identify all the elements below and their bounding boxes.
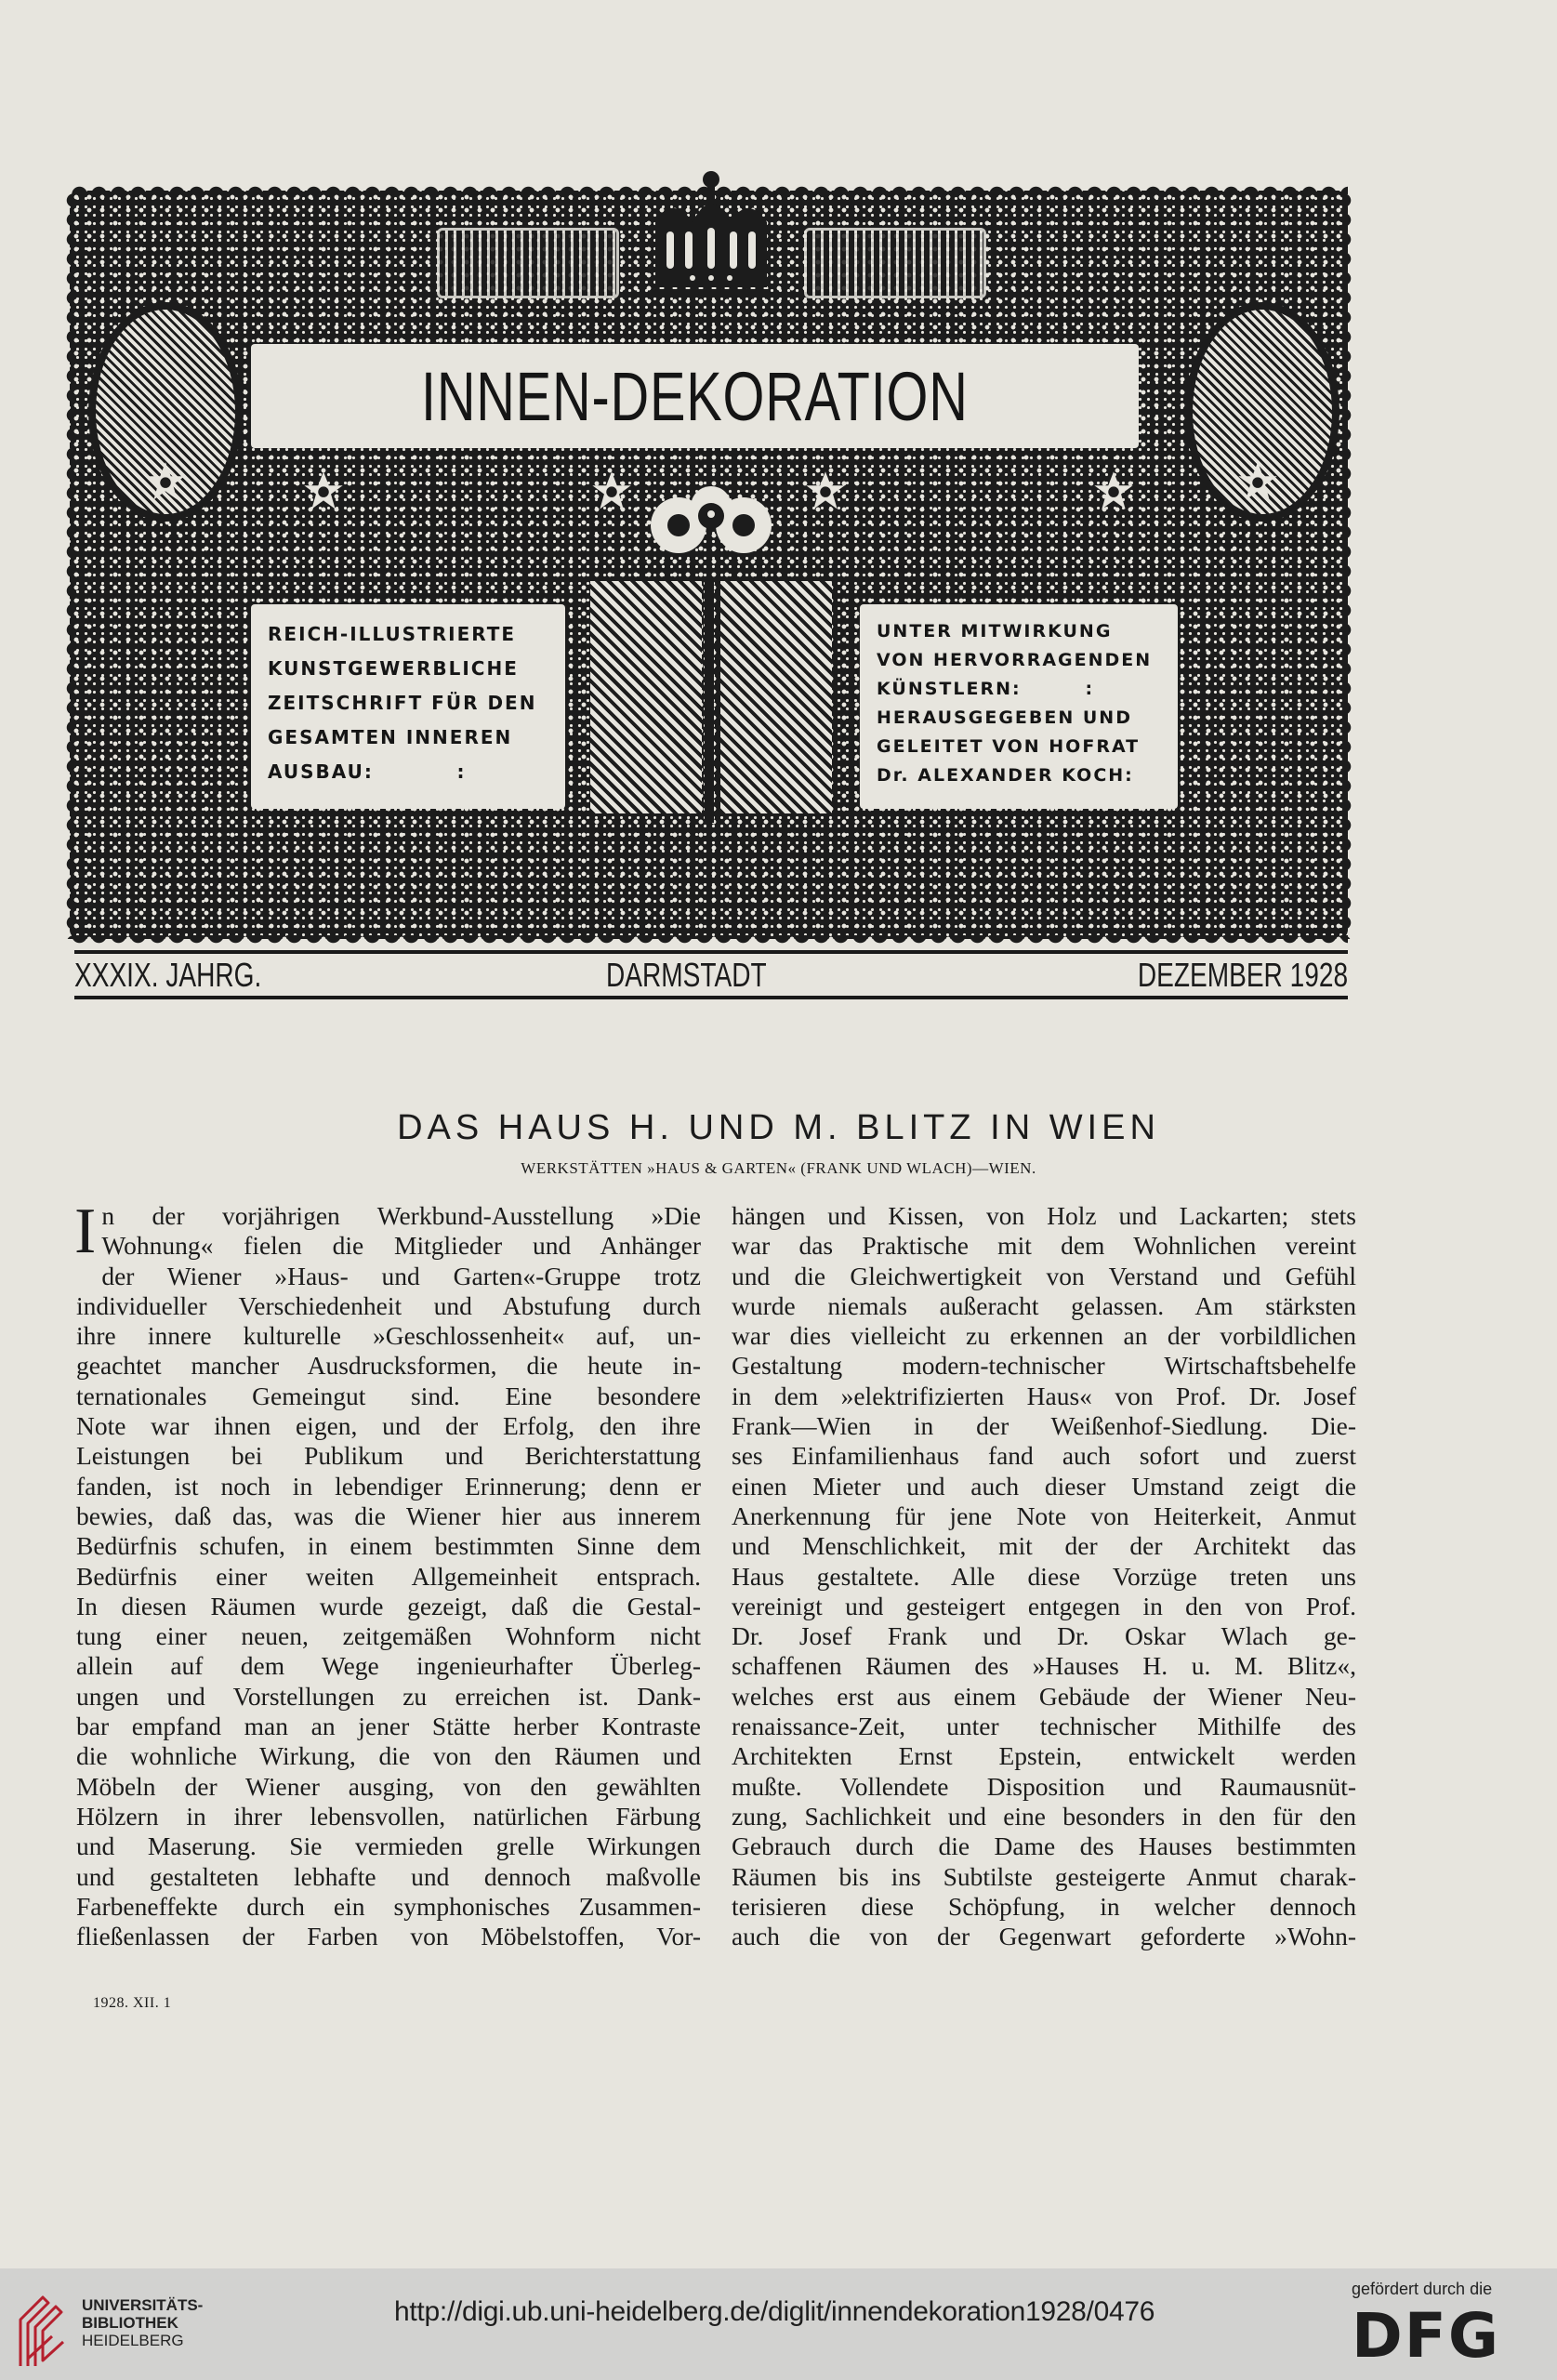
text-line: ungen und Vorstellungen zu erreichen ist… bbox=[76, 1682, 701, 1712]
issue-date: DEZEMBER 1928 bbox=[1138, 956, 1348, 995]
text-line: allein auf dem Wege ingenieurhafter Über… bbox=[76, 1651, 701, 1681]
text-line: Frank—Wien in der Weißenhof-Siedlung. Di… bbox=[732, 1411, 1356, 1441]
text-column-right: hängen und Kissen, von Holz und Lackarte… bbox=[732, 1201, 1356, 1951]
text-line: fanden, ist noch in lebendiger Erinnerun… bbox=[76, 1472, 701, 1501]
funding-label: gefördert durch die bbox=[1352, 2280, 1492, 2299]
drop-cap: I bbox=[74, 1205, 96, 1263]
text-line: auch die von der Gegenwart geforderte »W… bbox=[732, 1922, 1356, 1951]
text-line: und Menschlichkeit, mit der der Architek… bbox=[732, 1531, 1356, 1561]
text-line: Architekten Ernst Epstein, entwickelt we… bbox=[732, 1741, 1356, 1771]
subtitle-line: GESAMTEN INNEREN bbox=[268, 721, 548, 755]
text-line: vereinigt und gesteigert entgegen in den… bbox=[732, 1592, 1356, 1621]
text-line: Dr. Josef Frank und Dr. Oskar Wlach ge- bbox=[732, 1621, 1356, 1651]
text-line: Farbeneffekte durch ein symphonisches Zu… bbox=[76, 1892, 701, 1922]
text-line: hängen und Kissen, von Holz und Lackarte… bbox=[732, 1201, 1356, 1231]
text-line: schaffenen Räumen des »Hauses H. u. M. B… bbox=[732, 1651, 1356, 1681]
masthead-editor-box: UNTER MITWIRKUNG VON HERVORRAGENDEN KÜNS… bbox=[860, 604, 1178, 809]
text-line: Bedürfnis schufen, in einem bestimmten S… bbox=[76, 1531, 701, 1561]
text-line: Note war ihnen eigen, und der Erfolg, de… bbox=[76, 1411, 701, 1441]
text-line: mußte. Vollendete Disposition und Raumau… bbox=[732, 1772, 1356, 1802]
text-line: wurde niemals außeracht gelassen. Am stä… bbox=[732, 1291, 1356, 1321]
text-line: Anerkennung für jene Note von Heiterkeit… bbox=[732, 1501, 1356, 1531]
text-line: und Maserung. Sie vermieden grelle Wirku… bbox=[76, 1831, 701, 1861]
text-line: ses Einfamilienhaus fand auch sofort und… bbox=[732, 1441, 1356, 1471]
star-ornament-icon bbox=[144, 460, 187, 503]
text-line: Haus gestaltete. Alle diese Vorzüge tret… bbox=[732, 1562, 1356, 1592]
header-rule-bottom bbox=[74, 996, 1348, 999]
masthead-subtitle-box: REICH-ILLUSTRIERTE KUNSTGEWERBLICHE ZEIT… bbox=[251, 604, 565, 809]
scalloped-edge-right bbox=[1344, 191, 1359, 939]
text-line: einen Mieter und auch dieser Umstand zei… bbox=[732, 1472, 1356, 1501]
text-line: In diesen Räumen wurde gezeigt, daß die … bbox=[76, 1592, 701, 1621]
lattice-panel-left bbox=[590, 581, 702, 813]
header-rule-top bbox=[74, 950, 1348, 954]
text-line: die wohnliche Wirkung, die von den Räume… bbox=[76, 1741, 701, 1771]
star-ornament-icon bbox=[804, 469, 847, 512]
magazine-title: INNEN-DEKORATION bbox=[421, 357, 969, 436]
text-line: individueller Verschiedenheit und Abstuf… bbox=[76, 1291, 701, 1321]
subtitle-line: KUNSTGEWERBLICHE bbox=[268, 652, 548, 686]
text-line: tung einer neuen, zeitgemäßen Wohnform n… bbox=[76, 1621, 701, 1651]
text-column-left: I n der vorjährigen Werkbund-Ausstellung… bbox=[76, 1201, 701, 1951]
lattice-panel-right bbox=[720, 581, 832, 813]
text-line: ternationales Gemeingut sind. Eine beson… bbox=[76, 1382, 701, 1411]
editor-line: KÜNSTLERN: : bbox=[877, 675, 1161, 704]
article-title: DAS HAUS H. UND M. BLITZ IN WIEN bbox=[0, 1108, 1557, 1148]
text-line: Räumen bis ins Subtilste gesteigerte Anm… bbox=[732, 1862, 1356, 1892]
library-name: UNIVERSITÄTS- BIBLIOTHEK HEIDELBERG bbox=[82, 2296, 203, 2349]
scanned-page: INNEN-DEKORATION REICH-ILLUSTRIERTE KUNS… bbox=[0, 0, 1557, 2268]
star-ornament-icon bbox=[1236, 460, 1279, 503]
ub-heidelberg-logo-icon bbox=[15, 2292, 67, 2370]
text-line: in dem »elektrifizierten Haus« von Prof.… bbox=[732, 1382, 1356, 1411]
digital-library-footer: UNIVERSITÄTS- BIBLIOTHEK HEIDELBERG http… bbox=[0, 2268, 1557, 2380]
ribbon-banner-left bbox=[437, 228, 619, 298]
center-stem bbox=[705, 581, 714, 823]
text-line: geachtet mancher Ausdrucksformen, die he… bbox=[76, 1351, 701, 1381]
text-line: Hölzern in ihrer lebensvollen, natürlich… bbox=[76, 1802, 701, 1831]
text-line: Möbeln der Wiener ausging, von den gewäh… bbox=[76, 1772, 701, 1802]
text-line: welches erst aus einem Gebäude der Wiene… bbox=[732, 1682, 1356, 1712]
text-line: zung, Sachlichkeit und eine besonders in… bbox=[732, 1802, 1356, 1831]
editor-line: VON HERVORRAGENDEN bbox=[877, 646, 1161, 675]
subtitle-line: REICH-ILLUSTRIERTE bbox=[268, 617, 548, 652]
subtitle-line: ZEITSCHRIFT FÜR DEN bbox=[268, 686, 548, 721]
article-subtitle: WERKSTÄTTEN »HAUS & GARTEN« (FRANK UND W… bbox=[0, 1159, 1557, 1178]
masthead-title-panel: INNEN-DEKORATION bbox=[251, 344, 1139, 448]
text-line: bewies, daß das, was die Wiener hier aus… bbox=[76, 1501, 701, 1531]
text-line: n der vorjährigen Werkbund-Ausstellung »… bbox=[76, 1201, 701, 1231]
running-head: XXXIX. JAHRG. DARMSTADT DEZEMBER 1928 bbox=[74, 956, 1348, 995]
place-label: DARMSTADT bbox=[606, 956, 767, 995]
text-line: ihre innere kulturelle »Geschlossenheit«… bbox=[76, 1321, 701, 1351]
text-line: Wohnung« fielen die Mitglieder und Anhän… bbox=[76, 1231, 701, 1261]
text-line: und die Gleichwertigkeit von Verstand un… bbox=[732, 1262, 1356, 1291]
library-name-line2: BIBLIOTHEK bbox=[82, 2314, 203, 2332]
text-line: renaissance-Zeit, unter technischer Mith… bbox=[732, 1712, 1356, 1741]
text-line: fließenlassen der Farben von Möbelstoffe… bbox=[76, 1922, 701, 1951]
editor-line: Dr. ALEXANDER KOCH: bbox=[877, 761, 1161, 790]
editor-line: GELEITET VON HOFRAT bbox=[877, 733, 1161, 761]
text-line: Gestaltung modern-technischer Wirtschaft… bbox=[732, 1351, 1356, 1381]
text-line: Bedürfnis einer weiten Allgemeinheit ent… bbox=[76, 1562, 701, 1592]
text-line: Gebrauch durch die Dame des Hauses besti… bbox=[732, 1831, 1356, 1861]
ornamental-lace-frame: INNEN-DEKORATION REICH-ILLUSTRIERTE KUNS… bbox=[70, 191, 1348, 939]
library-name-line3: HEIDELBERG bbox=[82, 2332, 203, 2349]
star-ornament-icon bbox=[1092, 469, 1135, 512]
signature-mark: 1928. XII. 1 bbox=[93, 1995, 171, 2012]
dfg-logo: DFG bbox=[1352, 2306, 1500, 2367]
ribbon-banner-right bbox=[804, 228, 986, 298]
text-line: der Wiener »Haus- und Garten«-Gruppe tro… bbox=[76, 1262, 701, 1291]
text-line: Leistungen bei Publikum und Berichtersta… bbox=[76, 1441, 701, 1471]
text-line: terisieren diese Schöpfung, in welcher d… bbox=[732, 1892, 1356, 1922]
editor-line: UNTER MITWIRKUNG bbox=[877, 617, 1161, 646]
subtitle-line: AUSBAU: : bbox=[268, 755, 548, 789]
text-line: und gestalteten lebhafte und dennoch maß… bbox=[76, 1862, 701, 1892]
volume-label: XXXIX. JAHRG. bbox=[74, 956, 261, 995]
text-line: bar empfand man an jener Stätte herber K… bbox=[76, 1712, 701, 1741]
editor-line: HERAUSGEGEBEN UND bbox=[877, 704, 1161, 733]
text-line: war das Praktische mit dem Wohnlichen ve… bbox=[732, 1231, 1356, 1261]
text-line: war dies vielleicht zu erkennen an der v… bbox=[732, 1321, 1356, 1351]
crown-icon bbox=[637, 166, 785, 306]
star-ornament-icon bbox=[302, 469, 345, 512]
permalink-url[interactable]: http://digi.ub.uni-heidelberg.de/diglit/… bbox=[394, 2296, 1155, 2328]
library-name-line1: UNIVERSITÄTS- bbox=[82, 2296, 203, 2314]
scalloped-edge-left bbox=[59, 191, 73, 939]
